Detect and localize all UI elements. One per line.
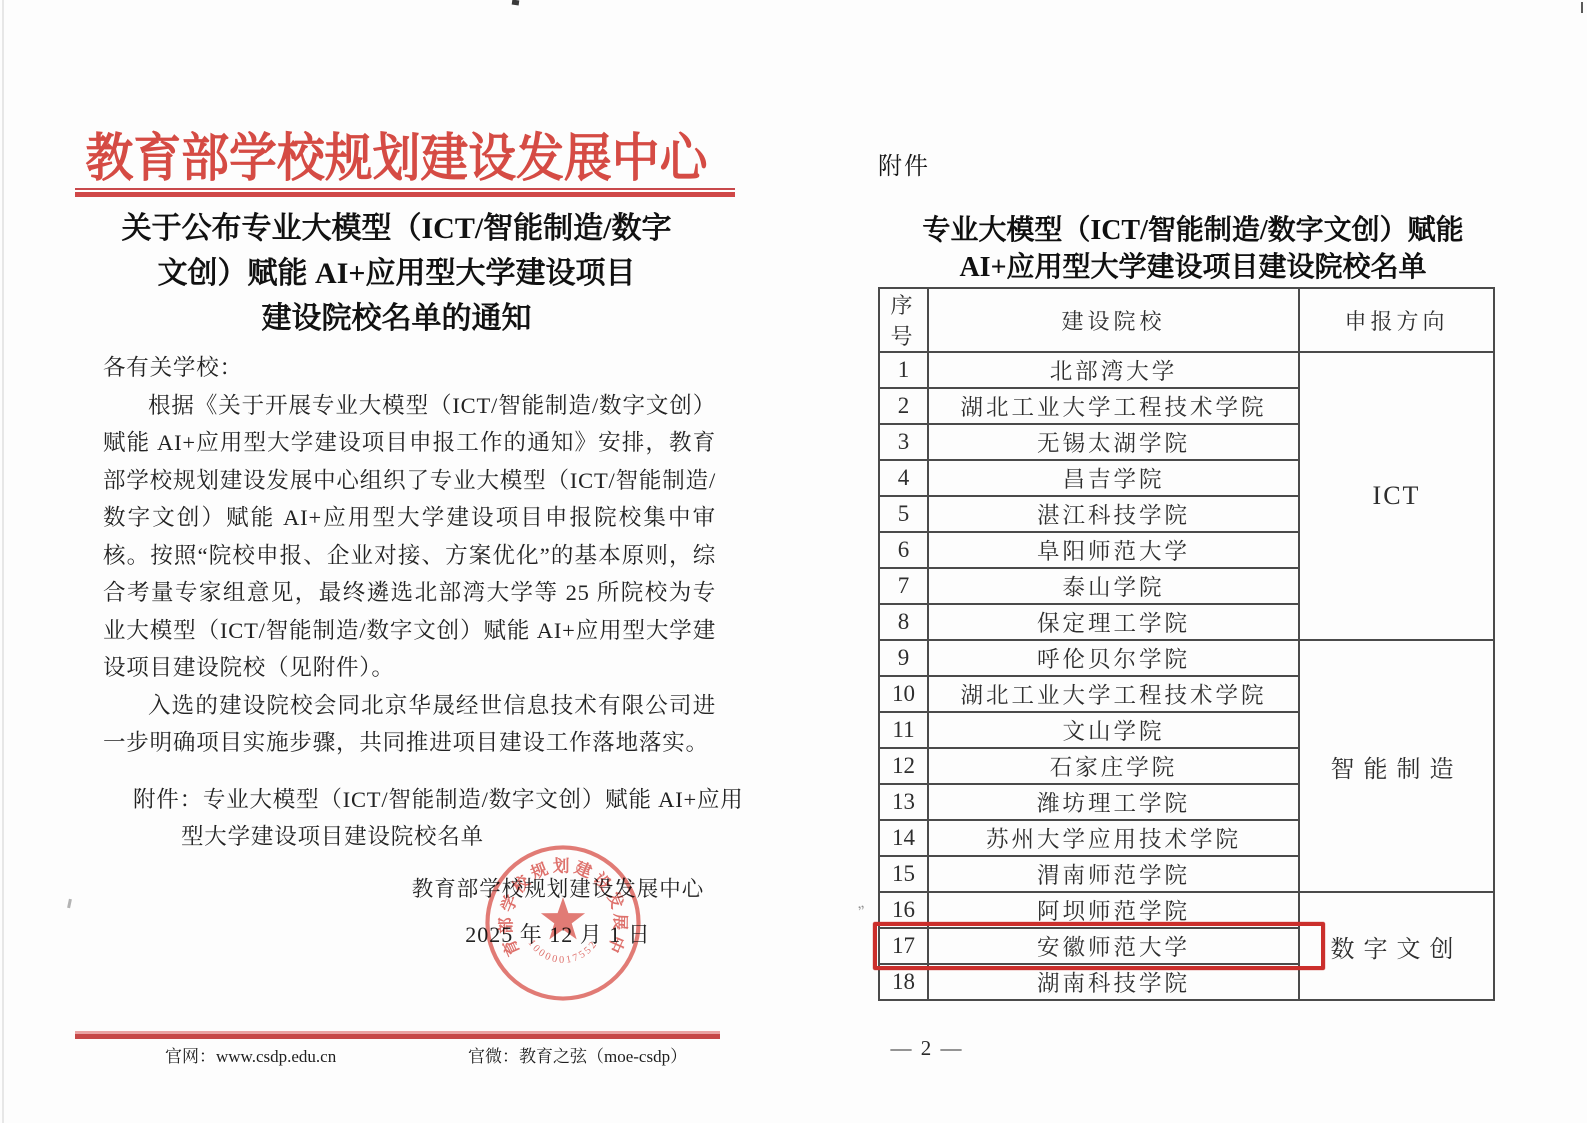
column-header: 建设院校 [928,288,1299,352]
footer-website-label: 官网： [165,1047,216,1066]
page-number: — 2 — [886,1036,968,1061]
attachment-title: 专业大模型（ICT/智能制造/数字文创）赋能 AI+应用型大学建设项目建设院校名… [853,212,1533,286]
row-number-cell: 12 [879,748,928,784]
attachment-title-line: AI+应用型大学建设项目建设院校名单 [853,249,1533,286]
school-name-cell: 苏州大学应用技术学院 [928,820,1299,856]
table-row: 16阿坝师范学院数字文创 [879,892,1494,928]
notice-body: 各有关学校： 根据《关于开展专业大模型（ICT/智能制造/数字文创）赋能 AI+… [103,349,716,856]
row-number-cell: 8 [879,604,928,640]
row-number-cell: 15 [879,856,928,892]
footer-wechat-label: 官微： [468,1047,519,1066]
notice-title-line: 关于公布专业大模型（ICT/智能制造/数字 [40,206,753,251]
table-header: 序号建设院校申报方向 [879,288,1494,352]
letterhead-rule [75,188,735,197]
table-row: 1北部湾大学ICT [879,352,1494,388]
school-name-cell: 湖北工业大学工程技术学院 [928,676,1299,712]
row-number-cell: 2 [879,388,928,424]
row-number-cell: 11 [879,712,928,748]
row-number-cell: 4 [879,460,928,496]
row-number-cell: 16 [879,892,928,928]
notice-title-line: 文创）赋能 AI+应用型大学建设项目 [40,251,753,296]
row-number-cell: 13 [879,784,928,820]
school-name-cell: 安徽师范大学 [928,928,1299,964]
row-number-cell: 7 [879,568,928,604]
school-name-cell: 阜阳师范大学 [928,532,1299,568]
table-row: 9呼伦贝尔学院智能制造 [879,640,1494,676]
row-number-cell: 6 [879,532,928,568]
attachment-tag: 附件 [878,146,930,181]
school-name-cell: 呼伦贝尔学院 [928,640,1299,676]
direction-cell: ICT [1299,352,1494,640]
school-name-cell: 渭南师范学院 [928,856,1299,892]
attachment-title-line: 专业大模型（ICT/智能制造/数字文创）赋能 [853,212,1533,249]
notice-page: 教育部学校规划建设发展中心 关于公布专业大模型（ICT/智能制造/数字 文创）赋… [0,0,793,1123]
attachment-note-line: 附件：专业大模型（ICT/智能制造/数字文创）赋能 AI+应用 [103,781,716,819]
school-name-cell: 泰山学院 [928,568,1299,604]
universities-table: 序号建设院校申报方向 1北部湾大学ICT2湖北工业大学工程技术学院3无锡太湖学院… [878,287,1495,1001]
stamp-ring-text: 教育部学校规划建设发展中心 [480,840,630,959]
column-header: 序号 [879,288,928,352]
footer-rule [75,1031,720,1039]
row-number-cell: 10 [879,676,928,712]
school-name-cell: 阿坝师范学院 [928,892,1299,928]
table-body: 1北部湾大学ICT2湖北工业大学工程技术学院3无锡太湖学院4昌吉学院5湛江科技学… [879,352,1494,1000]
school-name-cell: 石家庄学院 [928,748,1299,784]
attachment-page: 附件 专业大模型（ICT/智能制造/数字文创）赋能 AI+应用型大学建设项目建设… [793,0,1587,1123]
pen-mark: ” [857,904,866,922]
row-number-cell: 14 [879,820,928,856]
salutation: 各有关学校： [103,349,716,387]
footer-website-url: www.csdp.edu.cn [216,1047,336,1066]
direction-cell: 数字文创 [1299,892,1494,1000]
stamp-star-icon [541,897,585,939]
footer-wechat-account: 教育之弦（moe-csdp） [519,1047,687,1066]
school-name-cell: 湖南科技学院 [928,964,1299,1000]
footer-wechat: 官微：教育之弦（moe-csdp） [468,1042,687,1067]
notice-title: 关于公布专业大模型（ICT/智能制造/数字 文创）赋能 AI+应用型大学建设项目… [40,206,753,341]
footer-website: 官网：www.csdp.edu.cn [165,1042,336,1067]
school-name-cell: 文山学院 [928,712,1299,748]
notice-title-line: 建设院校名单的通知 [40,296,753,341]
direction-cell: 智能制造 [1299,640,1494,892]
row-number-cell: 9 [879,640,928,676]
scanned-document: 教育部学校规划建设发展中心 关于公布专业大模型（ICT/智能制造/数字 文创）赋… [0,0,1587,1123]
row-number-cell: 5 [879,496,928,532]
school-name-cell: 保定理工学院 [928,604,1299,640]
school-name-cell: 无锡太湖学院 [928,424,1299,460]
letterhead-title: 教育部学校规划建设发展中心 [32,116,762,191]
header-row: 序号建设院校申报方向 [879,288,1494,352]
school-name-cell: 潍坊理工学院 [928,784,1299,820]
row-number-cell: 1 [879,352,928,388]
stamp-serial: 1100000175524 [480,840,600,966]
school-name-cell: 北部湾大学 [928,352,1299,388]
school-name-cell: 湖北工业大学工程技术学院 [928,388,1299,424]
page-footer: 官网：www.csdp.edu.cn 官微：教育之弦（moe-csdp） [0,1042,793,1068]
row-number-cell: 18 [879,964,928,1000]
row-number-cell: 17 [879,928,928,964]
official-stamp: 教育部学校规划建设发展中心 1100000175524 [480,840,646,1006]
column-header: 申报方向 [1299,288,1494,352]
school-name-cell: 昌吉学院 [928,460,1299,496]
body-paragraph: 根据《关于开展专业大模型（ICT/智能制造/数字文创）赋能 AI+应用型大学建设… [103,387,716,687]
school-name-cell: 湛江科技学院 [928,496,1299,532]
row-number-cell: 3 [879,424,928,460]
body-paragraph: 入选的建设院校会同北京华晟经世信息技术有限公司进一步明确项目实施步骤，共同推进项… [103,687,716,762]
